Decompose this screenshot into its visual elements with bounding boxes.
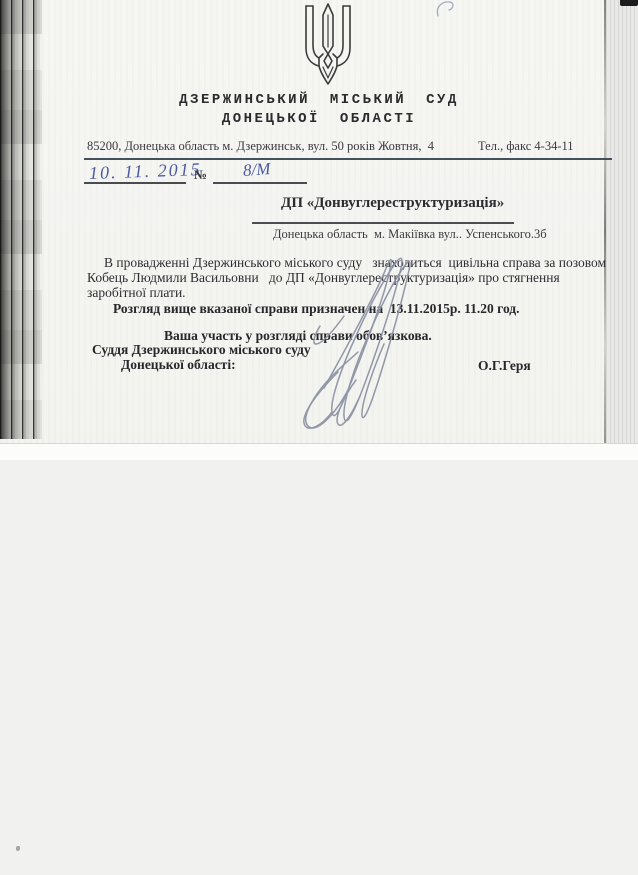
addressee-address: Донецька область м. Макіївка вул.. Успен… <box>273 227 547 242</box>
number-underline <box>213 182 307 184</box>
handwritten-number: 8/М <box>242 159 271 181</box>
date-underline <box>84 182 186 184</box>
addressee-underline <box>252 222 514 224</box>
addressee-name: ДП «Донвуглереструктуризація» <box>281 195 504 212</box>
scanned-court-summons: ДЗЕРЖИНСЬКИЙ МІСЬКИЙ СУД ДОНЕЦЬКОЇ ОБЛАС… <box>0 0 638 875</box>
court-name-line2: ДОНЕЦЬКОЇ ОБЛАСТІ <box>0 111 638 127</box>
judge-name: О.Г.Геря <box>478 358 531 374</box>
scanner-bed-strip <box>0 444 638 460</box>
court-phone: Тел., факс 4-34-11 <box>478 139 574 154</box>
judge-signature <box>290 256 426 434</box>
handwritten-date: 10. 11. 2015 <box>89 159 202 184</box>
stray-pen-mark <box>434 0 464 18</box>
scan-speck <box>16 846 20 851</box>
scan-artifact-right-band <box>606 0 638 443</box>
body-text-line3: заробітної плати. <box>87 285 186 301</box>
sheet-edge-shadow <box>604 0 606 443</box>
scan-artifact-left-streaks <box>0 0 42 439</box>
judge-title-line1: Суддя Дзержинського міського суду <box>92 342 311 358</box>
number-sign: № <box>194 167 207 183</box>
ukraine-trident-icon <box>294 2 362 86</box>
court-name-line1: ДЗЕРЖИНСЬКИЙ МІСЬКИЙ СУД <box>0 92 638 108</box>
scan-artifact-corner-mark <box>620 0 638 6</box>
court-address: 85200, Донецька область м. Дзержинськ, в… <box>87 139 434 154</box>
judge-title-line2: Донецької області: <box>121 357 236 373</box>
